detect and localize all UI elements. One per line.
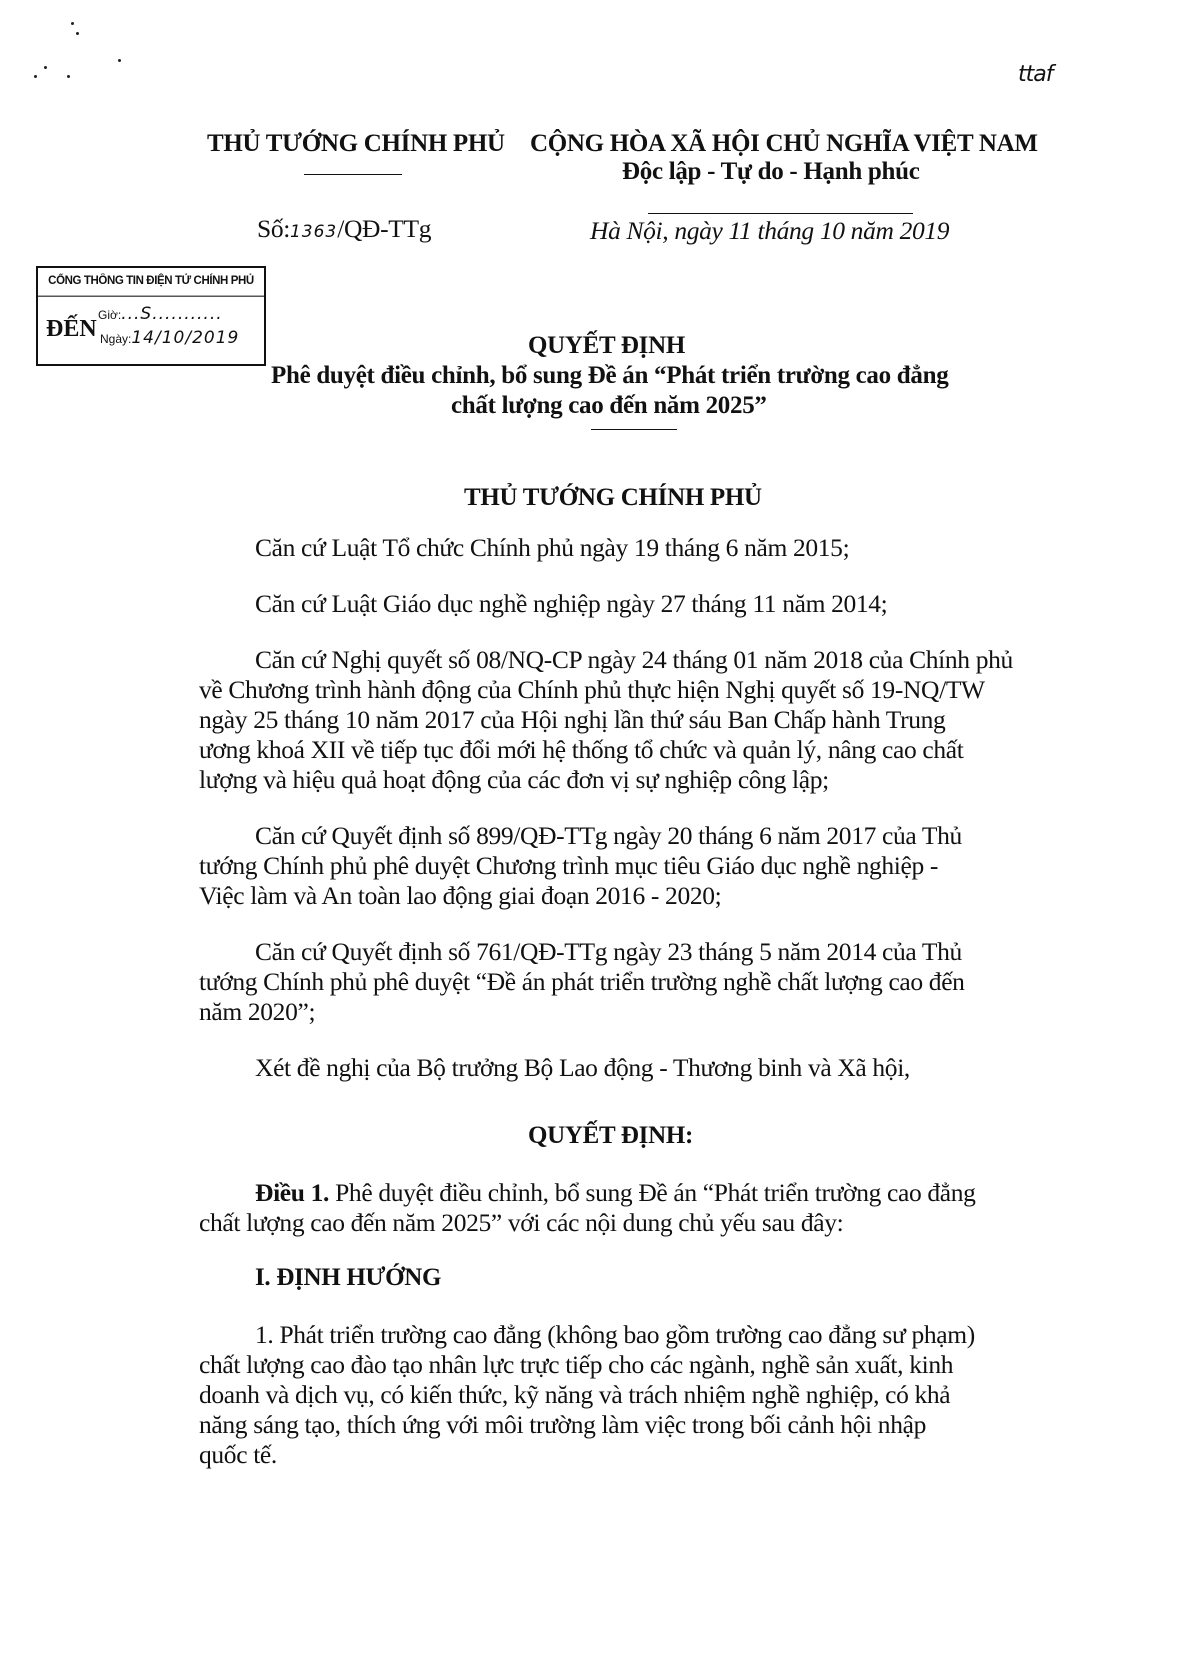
section-1-item-1-line: chất lượng cao đào tạo nhân lực trực tiế…: [199, 1350, 953, 1380]
article-1-line-2: chất lượng cao đến năm 2025” với các nội…: [199, 1208, 843, 1238]
preamble-3-line: về Chương trình hành động của Chính phủ …: [199, 675, 985, 705]
preamble-3-line: Căn cứ Nghị quyết số 08/NQ-CP ngày 24 th…: [255, 645, 1013, 675]
preamble-2: Căn cứ Luật Giáo dục nghề nghiệp ngày 27…: [255, 589, 887, 619]
received-stamp: CỔNG THÔNG TIN ĐIỆN TỬ CHÍNH PHỦ ĐẾN Giờ…: [36, 266, 266, 366]
section-1-item-1-line: doanh và dịch vụ, có kiến thức, kỹ năng …: [199, 1380, 950, 1410]
national-motto: Độc lập - Tự do - Hạnh phúc: [622, 158, 920, 186]
article-1-text: Phê duyệt điều chỉnh, bổ sung Đề án “Phá…: [329, 1178, 976, 1207]
section-1-item-1-line: 1. Phát triển trường cao đẳng (không bao…: [255, 1320, 975, 1350]
document-number: Số:1363/QĐ-TTg: [257, 214, 431, 244]
preamble-4-line: tướng Chính phủ phê duyệt Chương trình m…: [199, 851, 938, 881]
issuer-heading: THỦ TƯỚNG CHÍNH PHỦ: [464, 484, 762, 512]
preamble-5-line: năm 2020”;: [199, 997, 315, 1027]
section-1-item-1-line: quốc tế.: [199, 1440, 277, 1470]
section-1-item-1-line: năng sáng tạo, thích ứng với môi trường …: [199, 1410, 926, 1440]
preamble-3-line: lượng và hiệu quả hoạt động của các đơn …: [199, 765, 829, 795]
article-1-line-1: Điều 1. Phê duyệt điều chỉnh, bổ sung Đề…: [255, 1178, 976, 1208]
scan-speck: [71, 22, 74, 25]
stamp-date-value: 14/10/2019: [131, 328, 239, 348]
header-left-rule: [304, 174, 402, 175]
scan-speck: [76, 32, 79, 35]
scan-speck: [118, 59, 121, 62]
preamble-4-line: Việc làm và An toàn lao động giai đoạn 2…: [199, 881, 721, 911]
scan-speck: [44, 66, 47, 69]
decision-heading: QUYẾT ĐỊNH:: [528, 1122, 693, 1150]
scan-speck: [34, 75, 37, 78]
doc-number-prefix: Số:: [257, 214, 290, 243]
stamp-den-label: ĐẾN: [46, 316, 97, 343]
title-rule: [591, 429, 677, 430]
preamble-3-line: ương khoá XII về tiếp tục đổi mới hệ thố…: [199, 735, 963, 765]
document-subject-line-2: chất lượng cao đến năm 2025”: [451, 392, 767, 420]
preamble-6: Xét đề nghị của Bộ trưởng Bộ Lao động - …: [255, 1053, 910, 1083]
date-day: 11: [729, 216, 752, 245]
handwritten-mark: ttaf: [1018, 62, 1052, 87]
stamp-date-label: Ngày:: [100, 332, 131, 346]
stamp-title: CỔNG THÔNG TIN ĐIỆN TỬ CHÍNH PHỦ: [38, 267, 264, 296]
header-right-rule: [648, 213, 913, 214]
document-subject-line-1: Phê duyệt điều chỉnh, bổ sung Đề án “Phá…: [271, 362, 948, 390]
stamp-time-value: ...S...........: [121, 304, 222, 324]
date-suffix: tháng 10 năm 2019: [758, 216, 950, 245]
preamble-5-line: Căn cứ Quyết định số 761/QĐ-TTg ngày 23 …: [255, 937, 962, 967]
stamp-date: Ngày:14/10/2019: [100, 328, 239, 348]
country-name: CỘNG HÒA XÃ HỘI CHỦ NGHĨA VIỆT NAM: [530, 130, 1038, 158]
issuing-authority: THỦ TƯỚNG CHÍNH PHỦ: [207, 130, 505, 158]
section-1-heading: I. ĐỊNH HƯỚNG: [255, 1264, 441, 1292]
date-prefix: Hà Nội, ngày: [590, 216, 723, 245]
document-title: QUYẾT ĐỊNH: [528, 332, 685, 360]
issue-date: Hà Nội, ngày 11 tháng 10 năm 2019: [590, 216, 949, 246]
preamble-1: Căn cứ Luật Tổ chức Chính phủ ngày 19 th…: [255, 533, 849, 563]
doc-number-handwritten: 1363: [290, 222, 337, 242]
preamble-3-line: ngày 25 tháng 10 năm 2017 của Hội nghị l…: [199, 705, 945, 735]
article-1-label: Điều 1.: [255, 1178, 329, 1207]
preamble-5-line: tướng Chính phủ phê duyệt “Đề án phát tr…: [199, 967, 965, 997]
doc-number-suffix: /QĐ-TTg: [337, 214, 431, 243]
stamp-time-label: Giờ:: [98, 308, 121, 322]
scan-speck: [67, 75, 70, 78]
stamp-time: Giờ:...S...........: [98, 304, 223, 324]
preamble-4-line: Căn cứ Quyết định số 899/QĐ-TTg ngày 20 …: [255, 821, 962, 851]
